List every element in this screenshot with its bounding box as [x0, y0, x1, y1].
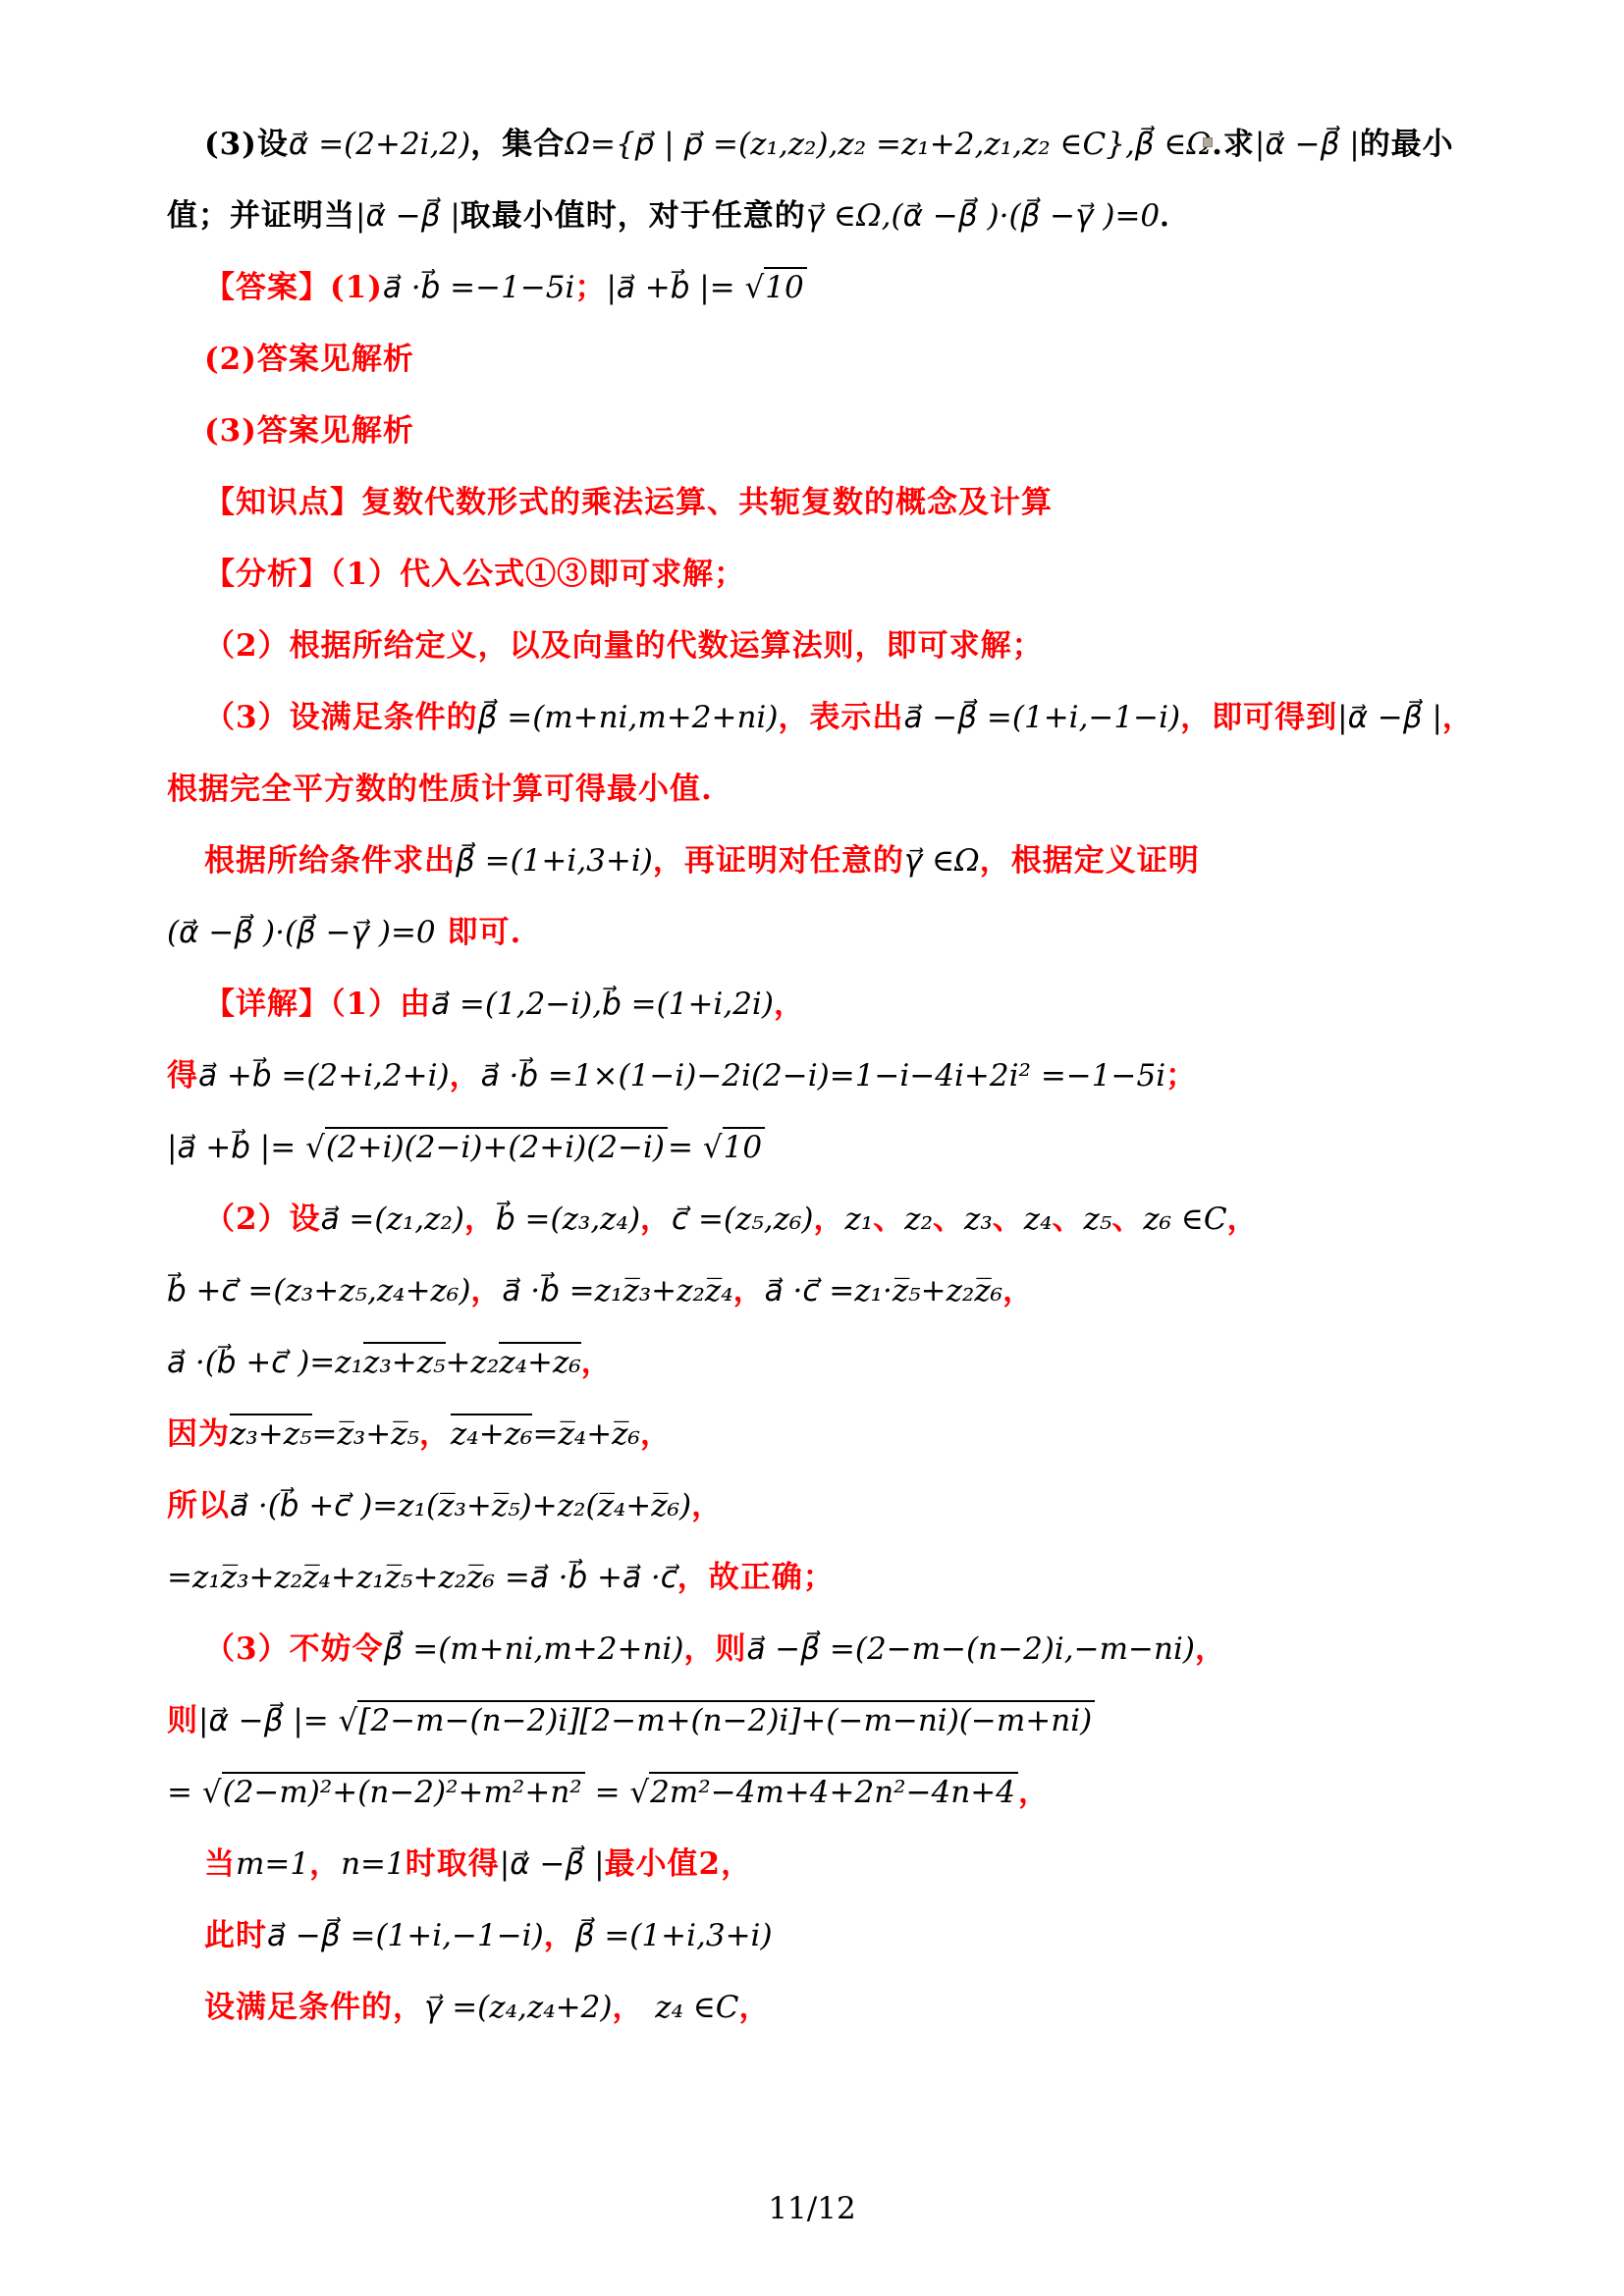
math-segment: γ⃗ ∈Ω,(α⃗ −β⃗ )·(β⃗ −γ⃗ )=0 [806, 198, 1160, 234]
document-body: (3)设α⃗ =(2+2i,2)，集合Ω={p⃗ | p⃗ =(z₁,z₂),z… [167, 124, 1483, 2058]
math-segment: a⃗ ·c⃗ =z₁·z̅₅+z₂z̅₆ [765, 1273, 1002, 1308]
text-segment: 则 [167, 1703, 198, 1738]
text-segment: ， [691, 1488, 723, 1523]
math-segment: a⃗ ·(b⃗ +c⃗ )=z₁(z̅₃+z̅₅)+z₂(z̅₄+z̅₆) [230, 1488, 691, 1523]
text-segment: （2）设 [204, 1201, 321, 1237]
text-segment: (3)答案见解析 [204, 413, 414, 449]
text-line: 则|α⃗ −β⃗ |= √[2−m−(n−2)i][2−m+(n−2)i]+(−… [167, 1700, 1483, 1741]
page: (3)设α⃗ =(2+2i,2)，集合Ω={p⃗ | p⃗ =(z₁,z₂),z… [0, 0, 1624, 2296]
text-segment: 、 [1053, 1201, 1084, 1237]
text-line: 当m=1，n=1时取得|α⃗ −β⃗ |最小值2， [167, 1843, 1483, 1885]
text-line: 因为z₃+z₅=z̅₃+z̅₅，z₄+z₆=z̅₄+z̅₆， [167, 1414, 1483, 1455]
text-segment: ， [309, 1846, 341, 1882]
text-segment: 、 [993, 1201, 1024, 1237]
text-segment: ， [450, 1058, 481, 1094]
text-segment: ， [813, 1201, 844, 1237]
math-segment: n=1 [341, 1846, 406, 1882]
math-segment: a⃗ ·b⃗ =z₁z̅₃+z₂z̅₄ [502, 1273, 732, 1308]
math-segment: a⃗ =(z₁,z₂) [321, 1201, 464, 1237]
text-line: 得a⃗ +b⃗ =(2+i,2+i)，a⃗ ·b⃗ =1×(1−i)−2i(2−… [167, 1055, 1483, 1096]
text-line: 设满足条件的，γ⃗ =(z₄,z₄+2)， z₄ ∈C， [167, 1987, 1483, 2028]
text-segment: .求 [1212, 127, 1255, 162]
text-segment: ． [1160, 198, 1191, 234]
math-segment: =z₁z̅₃+z₂z̅₄+z₁z̅₅+z₂z̅₆ =a⃗ ·b⃗ +a⃗ ·c⃗ [167, 1560, 677, 1595]
math-segment: γ⃗ =(z₄,z₄+2) [424, 1990, 612, 2025]
math-segment: (α⃗ −β⃗ )·(β⃗ −γ⃗ )=0 [167, 915, 436, 950]
math-segment: a⃗ +b⃗ =(2+i,2+i) [198, 1058, 450, 1094]
overline-expression: z₃+z₅ [230, 1414, 312, 1452]
math-segment: a⃗ =(1,2−i),b⃗ =(1+i,2i) [431, 987, 774, 1022]
overline-expression: z₄+z₆ [451, 1414, 533, 1452]
text-segment: ，则 [683, 1631, 746, 1667]
text-segment: 【答案】(1) [204, 270, 383, 305]
text-segment: ，即可得到 [1180, 700, 1337, 735]
math-segment: a⃗ ·b⃗ =1×(1−i)−2i(2−i)=1−i−4i+2i² =−1−5… [481, 1058, 1166, 1094]
text-line: （3）设满足条件的β⃗ =(m+ni,m+2+ni)，表示出a⃗ −β⃗ =(1… [167, 697, 1483, 738]
math-segment: =z̅₄+z̅₆ [532, 1416, 639, 1452]
text-segment: 即可. [436, 915, 522, 950]
math-segment: z₄ ∈C [655, 1990, 738, 2025]
text-segment: ，根据定义证明 [980, 843, 1200, 879]
text-segment: 因为 [167, 1416, 230, 1452]
math-segment: β⃗ =(m+ni,m+2+ni) [384, 1631, 684, 1667]
math-segment: a⃗ ·(b⃗ +c⃗ )=z₁ [167, 1345, 363, 1380]
math-segment: α⃗ =(2+2i,2) [289, 127, 470, 162]
radicand: 10 [723, 1127, 765, 1165]
text-segment: ； [574, 270, 606, 305]
text-segment: 、 [933, 1201, 964, 1237]
text-segment: (3)设 [204, 127, 289, 162]
text-line: 此时a⃗ −β⃗ =(1+i,−1−i)，β⃗ =(1+i,3+i) [167, 1915, 1483, 1956]
text-segment: ， [544, 1918, 575, 1953]
text-segment: ，表示出 [778, 700, 903, 735]
text-line: 【知识点】复数代数形式的乘法运算、共轭复数的概念及计算 [167, 482, 1483, 523]
text-segment: 、 [873, 1201, 904, 1237]
page-number: 11/12 [768, 2191, 855, 2226]
text-segment: ， [739, 1990, 771, 2025]
text-line: (3)设α⃗ =(2+2i,2)，集合Ω={p⃗ | p⃗ =(z₁,z₂),z… [167, 124, 1483, 165]
math-segment: b⃗ =(z₃,z₄) [496, 1201, 640, 1237]
text-segment: 最小值2， [605, 1846, 753, 1882]
text-segment: （2）根据所给定义，以及向量的代数运算法则，即可求解； [204, 628, 1044, 664]
text-segment: ， [1002, 1273, 1034, 1308]
text-segment: 根据所给条件求出 [204, 843, 456, 879]
math-segment: γ⃗ ∈Ω [904, 843, 980, 879]
math-segment: β⃗ =(1+i,3+i) [456, 843, 653, 879]
text-line: 根据完全平方数的性质计算可得最小值. [167, 769, 1483, 810]
text-segment: ，集合 [470, 127, 565, 162]
text-segment: 设满足条件的， [204, 1990, 424, 2025]
text-segment: ，故正确； [677, 1560, 835, 1595]
text-line: (2)答案见解析 [167, 339, 1483, 380]
math-segment: =z̅₃+z̅₅ [312, 1416, 419, 1452]
text-segment: (2)答案见解析 [204, 342, 414, 377]
text-line: b⃗ +c⃗ =(z₃+z₅,z₄+z₆)，a⃗ ·b⃗ =z₁z̅₃+z₂z̅… [167, 1270, 1483, 1311]
text-line: (α⃗ −β⃗ )·(β⃗ −γ⃗ )=0 即可. [167, 912, 1483, 953]
math-segment: c⃗ =(z₅,z₆) [672, 1201, 813, 1237]
radicand: 10 [764, 267, 806, 305]
math-segment: z₅ [1084, 1201, 1112, 1237]
text-segment: 的最小 [1360, 127, 1454, 162]
math-segment: β⃗ =(m+ni,m+2+ni) [478, 700, 779, 735]
text-segment: 所以 [167, 1488, 230, 1523]
text-segment: 取最小值时，对于任意的 [460, 198, 806, 234]
text-line: （3）不妨令β⃗ =(m+ni,m+2+ni)，则a⃗ −β⃗ =(2−m−(n… [167, 1629, 1483, 1670]
radicand: (2−m)²+(n−2)²+m²+n² [222, 1772, 585, 1810]
overline-expression: z₄+z₆ [499, 1342, 581, 1380]
overline-expression: z₃+z₅ [363, 1342, 446, 1380]
text-segment: 时取得 [406, 1846, 500, 1882]
math-segment: +z₂ [446, 1345, 500, 1380]
text-segment: ， [1227, 1201, 1259, 1237]
math-segment: = √ [585, 1775, 649, 1810]
text-segment: ， [1018, 1775, 1050, 1810]
text-segment: 得 [167, 1058, 198, 1094]
text-segment: ， [464, 1201, 496, 1237]
text-line: |a⃗ +b⃗ |= √(2+i)(2−i)+(2+i)(2−i)= √10 [167, 1127, 1483, 1168]
text-segment: ， [733, 1273, 765, 1308]
text-segment: 根据完全平方数的性质计算可得最小值. [167, 772, 713, 807]
math-segment: m=1 [236, 1846, 309, 1882]
text-segment: 此时 [204, 1918, 267, 1953]
text-segment: ， [774, 987, 805, 1022]
text-line: 值；并证明当|α⃗ −β⃗ |取最小值时，对于任意的γ⃗ ∈Ω,(α⃗ −β⃗ … [167, 195, 1483, 237]
text-segment: ， [1442, 700, 1474, 735]
math-segment: a⃗ ·b⃗ =−1−5i [383, 270, 575, 305]
math-segment: |α⃗ −β⃗ | [1337, 700, 1442, 735]
text-segment: （3）不妨令 [204, 1631, 384, 1667]
math-segment: = √ [668, 1130, 723, 1165]
math-segment: |a⃗ +b⃗ |= √ [167, 1130, 325, 1165]
math-segment: |α⃗ −β⃗ |= √ [198, 1703, 357, 1738]
text-segment: ， [581, 1345, 613, 1380]
math-segment: a⃗ −β⃗ =(1+i,−1−i) [903, 700, 1180, 735]
page-footer: 11/12 [0, 2191, 1624, 2226]
radicand: 2m²−4m+4+2n²−4n+4 [649, 1772, 1018, 1810]
text-line: a⃗ ·(b⃗ +c⃗ )=z₁z₃+z₅+z₂z₄+z₆， [167, 1342, 1483, 1383]
text-line: 【详解】（1）由a⃗ =(1,2−i),b⃗ =(1+i,2i)， [167, 984, 1483, 1025]
math-segment: z₆ ∈C [1143, 1201, 1226, 1237]
text-segment: ； [1165, 1058, 1197, 1094]
text-segment: ， [470, 1273, 502, 1308]
math-segment: z₄ [1024, 1201, 1053, 1237]
math-segment: z₁ [844, 1201, 873, 1237]
math-segment: |α⃗ −β⃗ | [500, 1846, 605, 1882]
text-segment: ，再证明对任意的 [653, 843, 904, 879]
artifact-dot [1203, 137, 1213, 147]
math-segment: z₂ [904, 1201, 933, 1237]
text-segment: ， [1195, 1631, 1226, 1667]
radicand: [2−m−(n−2)i][2−m+(n−2)i]+(−m−ni)(−m+ni) [357, 1700, 1095, 1738]
text-segment: 值；并证明当 [167, 198, 355, 234]
text-segment: 当 [204, 1846, 236, 1882]
text-segment: 【分析】（1）代入公式①③即可求解； [204, 557, 745, 592]
text-line: （2）根据所给定义，以及向量的代数运算法则，即可求解； [167, 625, 1483, 667]
text-line: 所以a⃗ ·(b⃗ +c⃗ )=z₁(z̅₃+z̅₅)+z₂(z̅₄+z̅₆)， [167, 1485, 1483, 1526]
math-segment: β⃗ =(1+i,3+i) [575, 1918, 773, 1953]
math-segment: a⃗ −β⃗ =(2−m−(n−2)i,−m−ni) [746, 1631, 1195, 1667]
math-segment: |a⃗ +b⃗ |= √ [606, 270, 764, 305]
text-segment: ， [640, 1201, 672, 1237]
text-segment: （3）设满足条件的 [204, 700, 478, 735]
math-segment: |α⃗ −β⃗ | [1255, 127, 1360, 162]
text-segment: 【知识点】复数代数形式的乘法运算、共轭复数的概念及计算 [204, 485, 1053, 520]
text-line: （2）设a⃗ =(z₁,z₂)，b⃗ =(z₃,z₄)，c⃗ =(z₅,z₆)，… [167, 1199, 1483, 1240]
text-line: =z₁z̅₃+z₂z̅₄+z₁z̅₅+z₂z̅₆ =a⃗ ·b⃗ +a⃗ ·c⃗… [167, 1557, 1483, 1598]
math-segment: |α⃗ −β⃗ | [355, 198, 460, 234]
text-line: = √(2−m)²+(n−2)²+m²+n² = √2m²−4m+4+2n²−4… [167, 1772, 1483, 1813]
math-segment: a⃗ −β⃗ =(1+i,−1−i) [267, 1918, 544, 1953]
math-segment: z₃ [964, 1201, 993, 1237]
math-segment: = √ [167, 1775, 222, 1810]
math-segment: b⃗ +c⃗ =(z₃+z₅,z₄+z₆) [167, 1273, 470, 1308]
text-line: 根据所给条件求出β⃗ =(1+i,3+i)，再证明对任意的γ⃗ ∈Ω，根据定义证… [167, 840, 1483, 881]
radicand: (2+i)(2−i)+(2+i)(2−i) [325, 1127, 668, 1165]
text-line: 【分析】（1）代入公式①③即可求解； [167, 554, 1483, 595]
text-segment: 【详解】（1）由 [204, 987, 431, 1022]
text-segment: ， [419, 1416, 451, 1452]
text-segment: 、 [1111, 1201, 1143, 1237]
text-segment: ， [612, 1990, 655, 2025]
text-line: 【答案】(1)a⃗ ·b⃗ =−1−5i；|a⃗ +b⃗ |= √10 [167, 267, 1483, 308]
text-segment: ， [640, 1416, 672, 1452]
text-line: (3)答案见解析 [167, 410, 1483, 452]
math-segment: Ω={p⃗ | p⃗ =(z₁,z₂),z₂ =z₁+2,z₁,z₂ ∈C},β… [565, 127, 1212, 162]
